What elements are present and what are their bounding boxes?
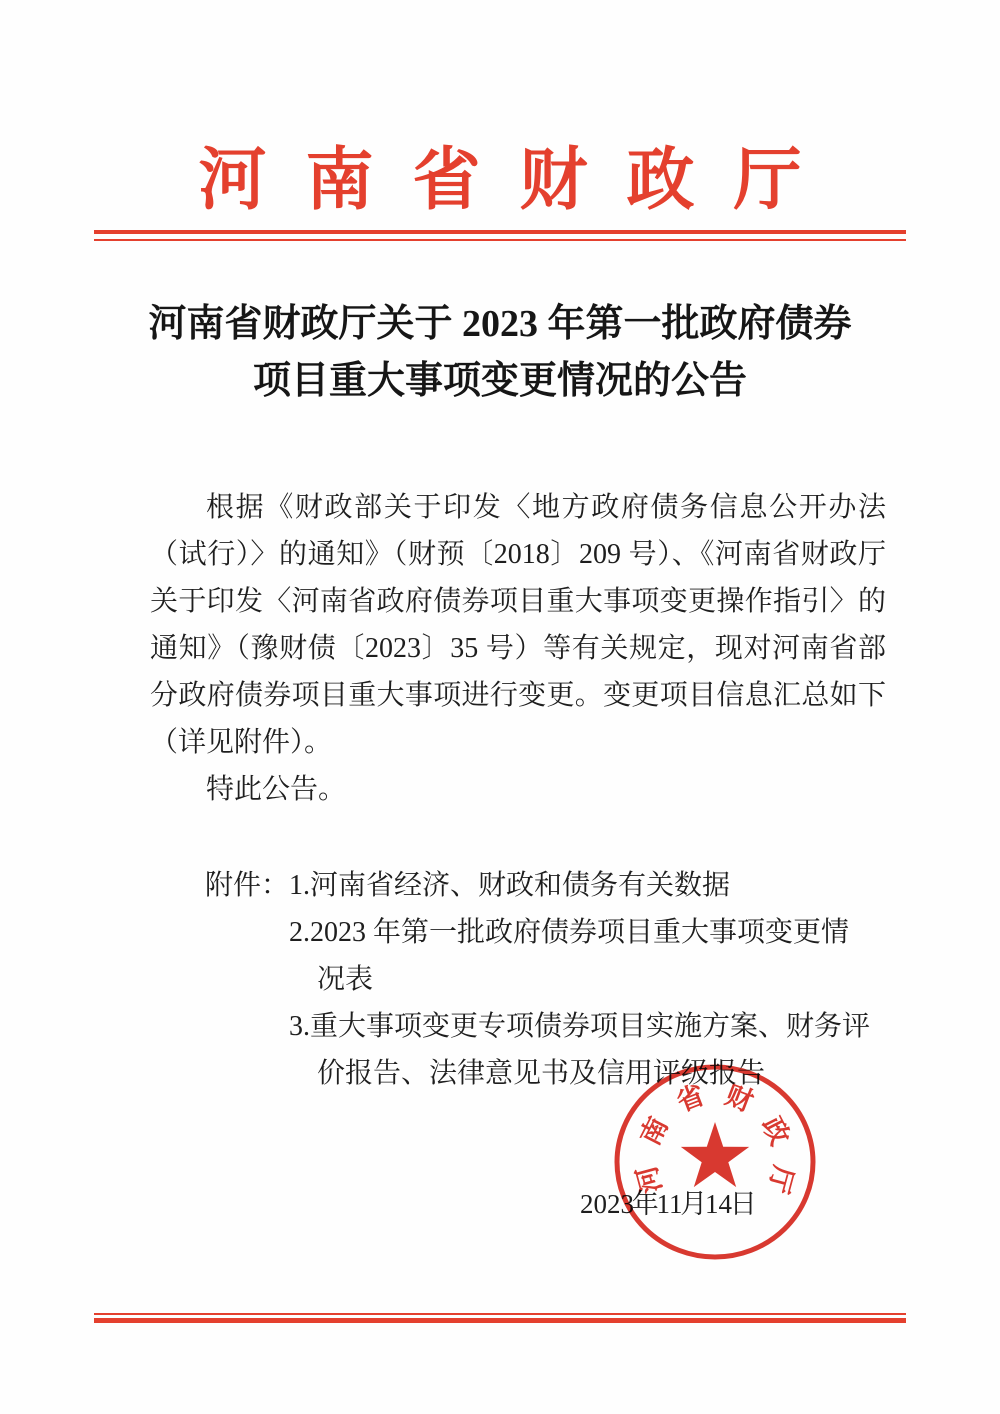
seal-char: 财 [721, 1080, 757, 1118]
attachment-item-1: 1.河南省经济、财政和债务有关数据 [289, 862, 874, 909]
attachments-label: 附件： [205, 862, 289, 909]
body-paragraph-announce: 特此公告。 [150, 766, 886, 813]
document-page: 河南省财政厅 河南省财政厅关于 2023 年第一批政府债券 项目重大事项变更情况… [0, 0, 1000, 1414]
body-paragraph-basis: 根据《财政部关于印发〈地方政府债务信息公开办法（试行）〉的通知》（财预〔2018… [150, 484, 886, 766]
seal-char: 厅 [763, 1163, 799, 1197]
attachment-item-2: 2.2023 年第一批政府债券项目重大事项变更情况表 [289, 909, 874, 1003]
footer-rule-thick [94, 1318, 906, 1323]
letterhead-agency-name: 河南省财政厅 [0, 146, 1000, 214]
footer-rule-thin [94, 1313, 906, 1315]
seal-char: 河 [631, 1163, 667, 1197]
document-body: 根据《财政部关于印发〈地方政府债务信息公开办法（试行）〉的通知》（财预〔2018… [150, 484, 886, 813]
seal-star [681, 1122, 749, 1187]
official-seal: 河 南 省 财 政 厅 [612, 1062, 818, 1262]
seal-char: 南 [635, 1112, 674, 1150]
document-title: 河南省财政厅关于 2023 年第一批政府债券 项目重大事项变更情况的公告 [0, 296, 1000, 410]
header-rule-thick [94, 230, 906, 234]
header-rule-thin [94, 239, 906, 241]
seal-char: 省 [673, 1080, 709, 1118]
seal-char: 政 [756, 1112, 795, 1150]
document-title-line1: 河南省财政厅关于 2023 年第一批政府债券 [0, 296, 1000, 353]
document-title-line2: 项目重大事项变更情况的公告 [0, 353, 1000, 410]
